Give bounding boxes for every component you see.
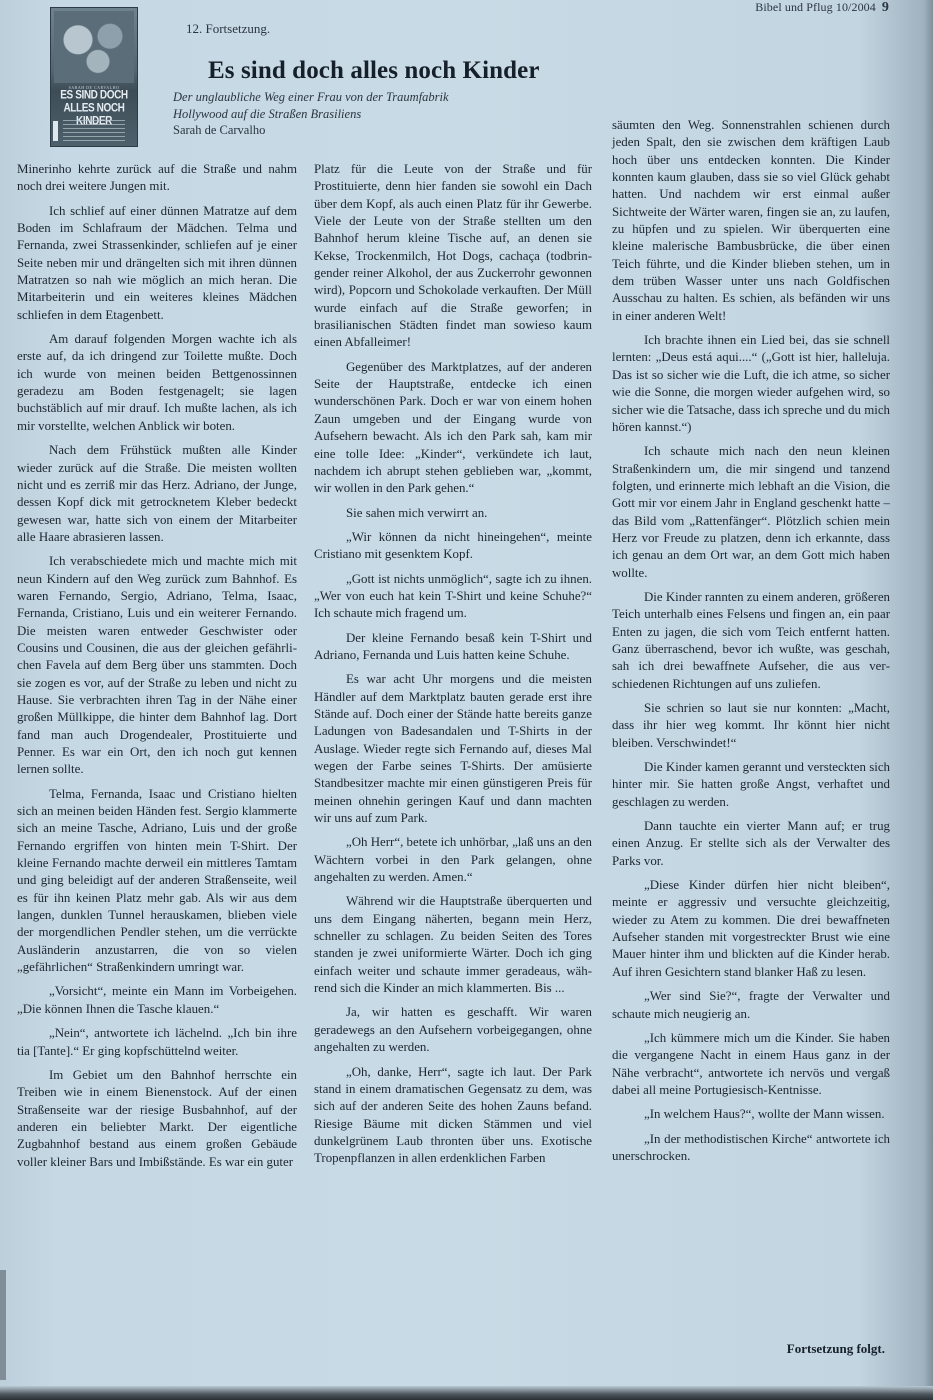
publisher-logo-icon xyxy=(53,121,58,141)
paragraph: Der kleine Fernando besaß kein T-Shirt u… xyxy=(314,630,592,665)
paragraph: Sie sahen mich verwirrt an. xyxy=(314,505,592,522)
paragraph: „Wer sind Sie?“, fragte der Verwalter un… xyxy=(612,988,890,1023)
paragraph: „Vorsicht“, meinte ein Mann im Vor­beige… xyxy=(17,983,297,1018)
paragraph: „In welchem Haus?“, wollte der Mann wiss… xyxy=(612,1106,890,1123)
paragraph: Im Gebiet um den Bahnhof herrschte ein T… xyxy=(17,1067,297,1171)
paragraph: Die Kinder rannten zu einem anderen, grö… xyxy=(612,589,890,693)
paragraph: Platz für die Leute von der Straße und f… xyxy=(314,161,592,352)
text-column-3: säumten den Weg. Sonnenstrahlen schienen… xyxy=(612,117,890,1172)
paragraph: „In der methodistischen Kirche“ ant­wort… xyxy=(612,1131,890,1166)
paragraph: Während wir die Hauptstraße über­querten… xyxy=(314,893,592,997)
serial-label: 12. Fortsetzung. xyxy=(186,21,270,37)
paragraph: „Wir können da nicht hineingehen“, meint… xyxy=(314,529,592,564)
text-column-1: Minerinho kehrte zurück auf die Straße u… xyxy=(17,161,297,1178)
page-bottom-edge xyxy=(0,1386,933,1400)
paragraph: Gegenüber des Marktplatzes, auf der ande… xyxy=(314,359,592,498)
article-title: Es sind doch alles noch Kinder xyxy=(208,57,540,85)
paragraph: Ich schlief auf einer dünnen Matratze au… xyxy=(17,203,297,324)
paragraph: „Ich kümmere mich um die Kinder. Sie hab… xyxy=(612,1030,890,1099)
subtitle-line: Der unglaubliche Weg einer Frau von der … xyxy=(173,89,449,106)
cover-photo xyxy=(54,11,134,83)
text-column-2: Platz für die Leute von der Straße und f… xyxy=(314,161,592,1175)
paragraph: säumten den Weg. Sonnenstrahlen schienen… xyxy=(612,117,890,325)
paragraph: Am darauf folgenden Morgen wachte ich al… xyxy=(17,331,297,435)
paragraph: Ich brachte ihnen ein Lied bei, das sie … xyxy=(612,332,890,436)
paragraph: „Gott ist nichts unmöglich“, sagte ich z… xyxy=(314,571,592,623)
paragraph: „Oh Herr“, betete ich unhörbar, „laß uns… xyxy=(314,834,592,886)
paragraph: „Oh, danke, Herr“, sagte ich laut. Der P… xyxy=(314,1064,592,1168)
paragraph: „Diese Kinder dürfen hier nicht blei­ben… xyxy=(612,877,890,981)
running-head: Bibel und Pflug 10/20049 xyxy=(755,0,889,16)
cover-blurb xyxy=(63,120,125,142)
paragraph: Telma, Fernanda, Isaac und Cristiano hie… xyxy=(17,786,297,977)
subtitle-line: Hollywood auf die Straßen Brasiliens xyxy=(173,106,449,123)
article-subtitle: Der unglaubliche Weg einer Frau von der … xyxy=(173,89,449,123)
publication-name: Bibel und Pflug 10/2004 xyxy=(755,0,876,14)
paragraph: Die Kinder kamen gerannt und ver­steckte… xyxy=(612,759,890,811)
paragraph: Nach dem Frühstück mußten alle Kin­der w… xyxy=(17,442,297,546)
page-edge-shadow xyxy=(0,1270,6,1380)
paragraph: Dann tauchte ein vierter Mann auf; er tr… xyxy=(612,818,890,870)
paragraph: Ja, wir hatten es geschafft. Wir waren g… xyxy=(314,1004,592,1056)
page-number: 9 xyxy=(882,0,889,15)
paragraph: Ich schaute mich nach den neun klei­nen … xyxy=(612,443,890,582)
paragraph: Sie schrien so laut sie nur konnten: „Ma… xyxy=(612,700,890,752)
article-author: Sarah de Carvalho xyxy=(173,123,265,138)
paragraph: Ich verabschiedete mich und machte mich … xyxy=(17,553,297,778)
paragraph: Minerinho kehrte zurück auf die Straße u… xyxy=(17,161,297,196)
continuation-note: Fortsetzung folgt. xyxy=(787,1341,885,1357)
paragraph: „Nein“, antwortete ich lächelnd. „Ich bi… xyxy=(17,1025,297,1060)
paragraph: Es war acht Uhr morgens und die mei­sten… xyxy=(314,671,592,827)
book-cover-image: SARAH DE CARVALHO ES SIND DOCH ALLES NOC… xyxy=(50,7,138,147)
